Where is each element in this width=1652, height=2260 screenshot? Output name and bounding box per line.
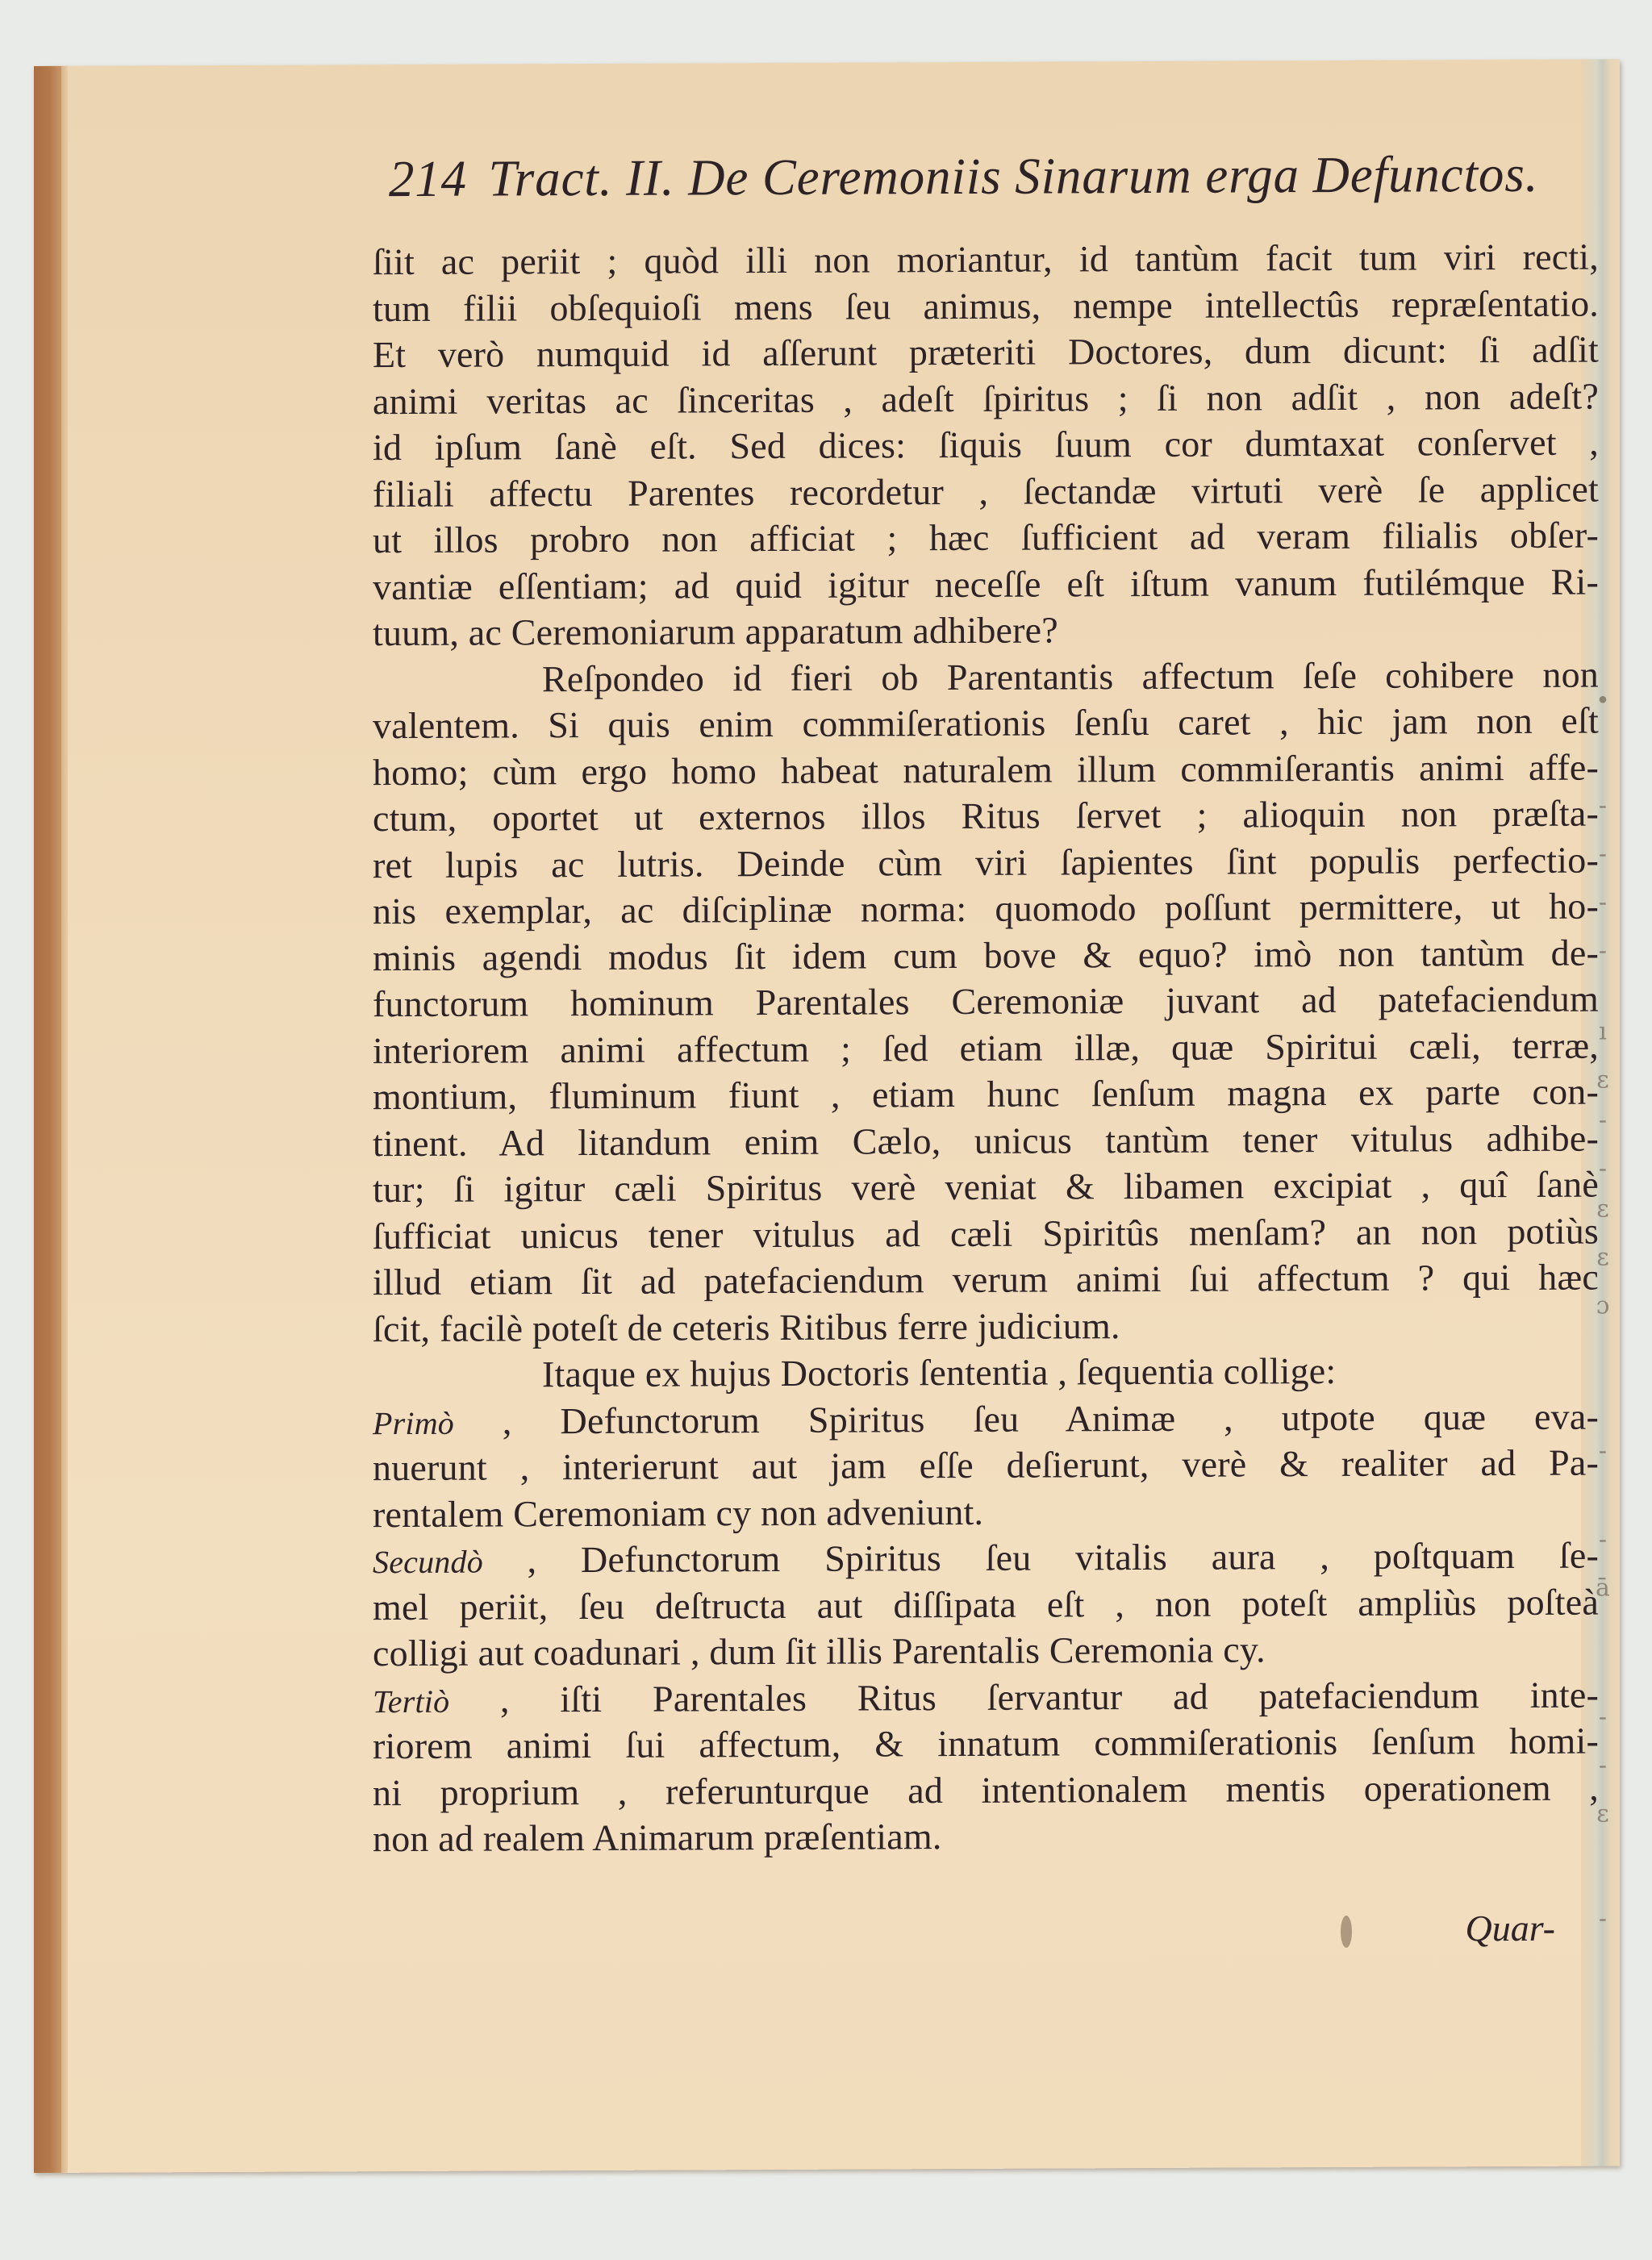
text-line: Reſpondeo id fieri ob Parentantis affect…	[373, 651, 1599, 703]
line-text: montium, fluminum fiunt , etiam hunc ſen…	[373, 1071, 1599, 1118]
line-text: Reſpondeo id fieri ob Parentantis affect…	[542, 653, 1599, 699]
text-line: ſcit, facilè poteſt de ceteris Ritibus f…	[373, 1300, 1599, 1352]
line-text: ut illos probro non afficiat ; hæc ſuffi…	[373, 515, 1599, 561]
running-head: 214 Tract. II. De Ceremoniis Sinarum erg…	[389, 148, 1575, 205]
text-line: illud etiam ſit ad patefaciendum verum a…	[373, 1254, 1599, 1306]
line-text: riorem animi ſui affectum, & innatum com…	[373, 1720, 1599, 1767]
text-line: tuum, ac Ceremoniarum apparatum adhibere…	[373, 605, 1599, 657]
line-text: minis agendi modus ſit idem cum bove & e…	[373, 932, 1599, 978]
text-line: functorum hominum Parentales Ceremoniæ j…	[373, 976, 1599, 1028]
line-text: rentalem Ceremoniam cy non adveniunt.	[373, 1491, 983, 1534]
line-text: ſufficiat unicus tener vitulus ad cæli S…	[373, 1210, 1599, 1257]
bleed-through-layer: •----ıɛ--ɛɛɔ--ā--ɛ-	[34, 59, 1620, 66]
line-text: Itaque ex hujus Doctoris ſententia , ſeq…	[542, 1350, 1336, 1395]
page-number: 214	[389, 150, 467, 207]
text-line: tur; ſi igitur cæli Spiritus verè veniat…	[373, 1161, 1599, 1213]
enumeration-label: Tertiò	[373, 1682, 449, 1719]
text-line: Et verò numquid id aſſerunt præteriti Do…	[373, 327, 1599, 378]
body-text: ſiit ac periit ; quòd illi non moriantur…	[373, 234, 1599, 1862]
line-text: ret lupis ac lutris. Deinde cùm viri ſap…	[373, 839, 1599, 886]
text-line: mel periit, ſeu deſtructa aut diſſipata …	[373, 1578, 1599, 1630]
text-line: filiali affectu Parentes recordetur , ſe…	[373, 465, 1599, 517]
text-line: vantiæ eſſentiam; ad quid igitur neceſſe…	[373, 558, 1599, 610]
line-text: non ad realem Animarum præſentiam.	[373, 1816, 942, 1859]
text-line: Tertiò , iſti Parentales Ritus ſervantur…	[373, 1671, 1599, 1723]
enumeration-label: Secundò	[373, 1544, 483, 1581]
text-block: 214 Tract. II. De Ceremoniis Sinarum erg…	[373, 148, 1599, 1862]
text-line: ſufficiat unicus tener vitulus ad cæli S…	[373, 1207, 1599, 1259]
line-text: ni proprium , referunturque ad intention…	[373, 1766, 1599, 1813]
text-line: riorem animi ſui affectum, & innatum com…	[373, 1718, 1599, 1770]
text-line: Secundò , Defunctorum Spiritus ſeu vital…	[373, 1532, 1599, 1584]
text-line: ret lupis ac lutris. Deinde cùm viri ſap…	[373, 836, 1599, 888]
enumeration-label: Primò	[373, 1404, 454, 1441]
line-text: tinent. Ad litandum enim Cælo, unicus ta…	[373, 1117, 1599, 1164]
line-text: ctum, oportet ut externos illos Ritus ſe…	[373, 793, 1599, 840]
line-text: ſiit ac periit ; quòd illi non moriantur…	[373, 236, 1599, 283]
ink-stain	[1341, 1916, 1352, 1948]
bleed-through-glyph: -	[1591, 1904, 1615, 1933]
text-line: ni proprium , referunturque ad intention…	[373, 1764, 1599, 1816]
text-line: non ad realem Animarum præſentiam.	[373, 1811, 1599, 1862]
text-line: valentem. Si quis enim commiſerationis ſ…	[373, 698, 1599, 749]
text-line: minis agendi modus ſit idem cum bove & e…	[373, 929, 1599, 981]
text-line: animi veritas ac ſinceritas , adeſt ſpir…	[373, 373, 1599, 424]
line-text: interiorem animi affectum ; ſed etiam il…	[373, 1024, 1599, 1071]
text-line: homo; cùm ergo homo habeat naturalem ill…	[373, 744, 1599, 795]
line-text: vantiæ eſſentiam; ad quid igitur neceſſe…	[373, 561, 1599, 607]
text-line: rentalem Ceremoniam cy non adveniunt.	[373, 1486, 1599, 1537]
text-line: montium, fluminum fiunt , etiam hunc ſen…	[373, 1069, 1599, 1120]
line-text: , Defunctorum Spiritus ſeu vitalis aura …	[483, 1535, 1599, 1581]
text-line: ut illos probro non afficiat ; hæc ſuffi…	[373, 512, 1599, 564]
text-line: ſiit ac periit ; quòd illi non moriantur…	[373, 234, 1599, 286]
text-line: tinent. Ad litandum enim Cælo, unicus ta…	[373, 1115, 1599, 1166]
line-text: tur; ſi igitur cæli Spiritus verè veniat…	[373, 1164, 1599, 1211]
running-head-title: Tract. II. De Ceremoniis Sinarum erga De…	[488, 145, 1538, 207]
line-text: , Defunctorum Spiritus ſeu Animæ , utpot…	[454, 1395, 1599, 1441]
line-text: mel periit, ſeu deſtructa aut diſſipata …	[373, 1581, 1599, 1628]
line-text: homo; cùm ergo homo habeat naturalem ill…	[373, 746, 1599, 793]
text-line: id ipſum ſanè eſt. Sed dices: ſiquis ſuu…	[373, 419, 1599, 471]
line-text: tum filii obſequioſi mens ſeu animus, ne…	[373, 282, 1599, 329]
line-text: nuerunt , interierunt aut jam eſſe deſie…	[373, 1442, 1599, 1489]
catchword: Quar-	[1465, 1907, 1555, 1949]
line-text: functorum hominum Parentales Ceremoniæ j…	[373, 978, 1599, 1025]
line-text: ſcit, facilè poteſt de ceteris Ritibus f…	[373, 1305, 1120, 1349]
line-text: animi veritas ac ſinceritas , adeſt ſpir…	[373, 375, 1599, 422]
text-line: colligi aut coadunari , dum ſit illis Pa…	[373, 1625, 1599, 1677]
text-line: Primò , Defunctorum Spiritus ſeu Animæ ,…	[373, 1393, 1599, 1445]
line-text: Et verò numquid id aſſerunt præteriti Do…	[373, 329, 1599, 376]
text-line: interiorem animi affectum ; ſed etiam il…	[373, 1022, 1599, 1074]
text-line: tum filii obſequioſi mens ſeu animus, ne…	[373, 280, 1599, 331]
line-text: filiali affectu Parentes recordetur , ſe…	[373, 468, 1599, 515]
line-text: valentem. Si quis enim commiſerationis ſ…	[373, 700, 1599, 747]
line-text: tuum, ac Ceremoniarum apparatum adhibere…	[373, 609, 1058, 653]
line-text: , iſti Parentales Ritus ſervantur ad pat…	[449, 1674, 1599, 1720]
line-text: colligi aut coadunari , dum ſit illis Pa…	[373, 1628, 1266, 1674]
book-spine	[34, 66, 61, 2173]
text-line: ctum, oportet ut externos illos Ritus ſe…	[373, 790, 1599, 842]
text-line: nuerunt , interierunt aut jam eſſe deſie…	[373, 1440, 1599, 1491]
text-line: Itaque ex hujus Doctoris ſententia , ſeq…	[373, 1347, 1599, 1399]
line-text: illud etiam ſit ad patefaciendum verum a…	[373, 1257, 1599, 1303]
book-page: •----ıɛ--ɛɛɔ--ā--ɛ- 214 Tract. II. De Ce…	[34, 59, 1620, 2173]
text-line: nis exemplar, ac diſciplinæ norma: quomo…	[373, 883, 1599, 935]
line-text: nis exemplar, ac diſciplinæ norma: quomo…	[373, 886, 1599, 932]
spine-edge	[61, 66, 68, 2173]
line-text: id ipſum ſanè eſt. Sed dices: ſiquis ſuu…	[373, 422, 1599, 469]
